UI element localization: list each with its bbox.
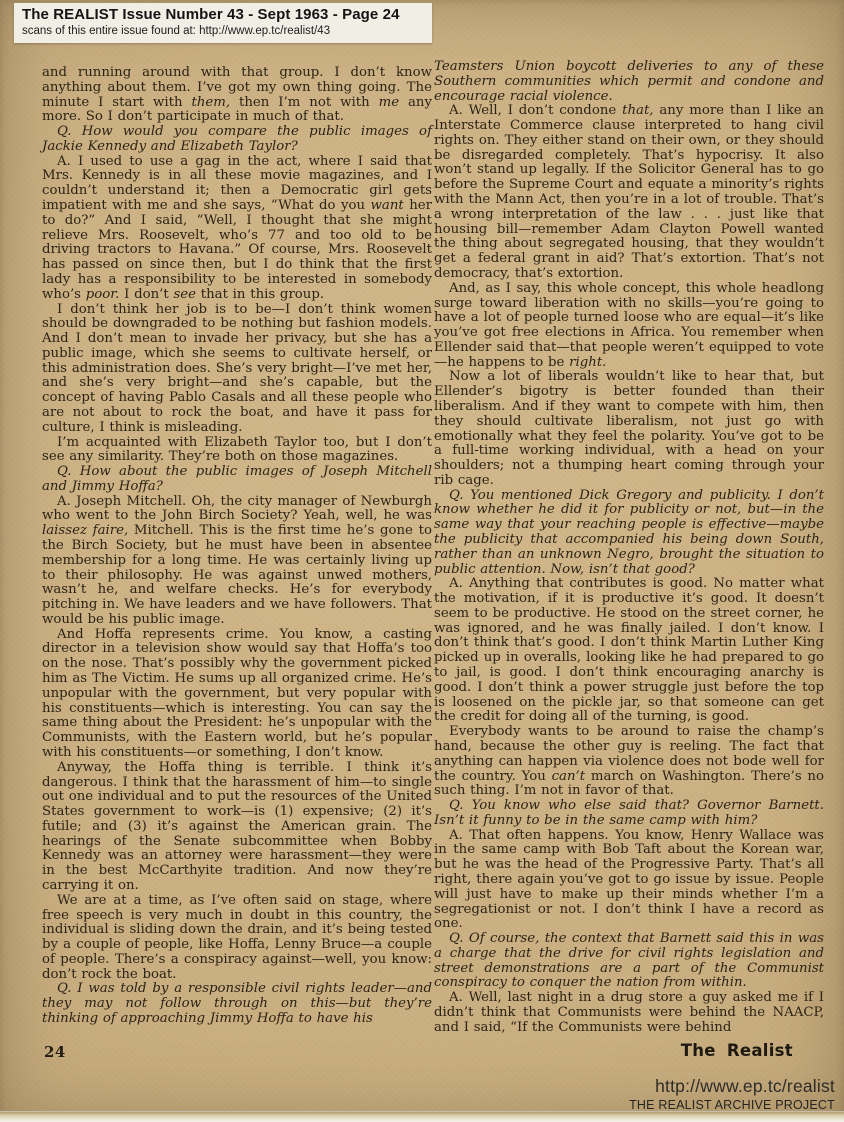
interview-answer-paragraph: Anyway, the Hoffa thing is terrible. I t… [42,761,432,894]
archive-overlay: http://www.ep.tc/realist THE REALIST ARC… [629,1076,835,1113]
page-number: 24 [44,1043,66,1061]
interview-question-paragraph: Q. How about the public images of Joseph… [42,465,432,495]
article-right-column: Teamsters Union boycott deliveries to an… [434,60,824,1036]
interview-answer-paragraph: A. Anything that contributes is good. No… [434,577,824,725]
archive-url: http://www.ep.tc/realist [629,1076,835,1096]
interview-answer-paragraph: We are at a time, as I’ve often said on … [42,894,432,983]
banner-subtitle: scans of this entire issue found at: htt… [22,24,424,38]
interview-answer-paragraph: I’m acquainted with Elizabeth Taylor too… [42,436,432,466]
interview-answer-paragraph: and running around with that group. I do… [42,66,432,125]
interview-answer-paragraph: And, as I say, this whole concept, this … [434,282,824,371]
interview-question-paragraph: Q. Of course, the context that Barnett s… [434,932,824,991]
banner-title: The REALIST Issue Number 43 - Sept 1963 … [22,6,424,24]
interview-question-paragraph: Teamsters Union boycott deliveries to an… [434,60,824,104]
interview-answer-paragraph: A. Well, last night in a drug store a gu… [434,991,824,1035]
interview-answer-paragraph: Everybody wants to be around to raise th… [434,725,824,799]
archive-header-banner: The REALIST Issue Number 43 - Sept 1963 … [14,3,432,43]
article-left-column: and running around with that group. I do… [42,66,432,1027]
interview-answer-paragraph: A. I used to use a gag in the act, where… [42,155,432,303]
magazine-title: The Realist [681,1041,793,1060]
interview-question-paragraph: Q. How would you compare the public imag… [42,125,432,155]
magazine-scan-page: { "banner": { "title": "The REALIST Issu… [0,0,844,1122]
interview-answer-paragraph: Now a lot of liberals wouldn’t like to h… [434,370,824,488]
interview-answer-paragraph: And Hoffa represents crime. You know, a … [42,628,432,761]
interview-question-paragraph: Q. You know who else said that? Governor… [434,799,824,829]
interview-answer-paragraph: A. Joseph Mitchell. Oh, the city manager… [42,495,432,628]
interview-question-paragraph: Q. I was told by a responsible civil rig… [42,982,432,1026]
interview-answer-paragraph: I don’t think her job is to be—I don’t t… [42,303,432,436]
interview-answer-paragraph: A. That often happens. You know, Henry W… [434,829,824,932]
scan-bottom-edge [0,1111,844,1122]
interview-answer-paragraph: A. Well, I don’t condone that, any more … [434,104,824,281]
interview-question-paragraph: Q. You mentioned Dick Gregory and public… [434,489,824,578]
